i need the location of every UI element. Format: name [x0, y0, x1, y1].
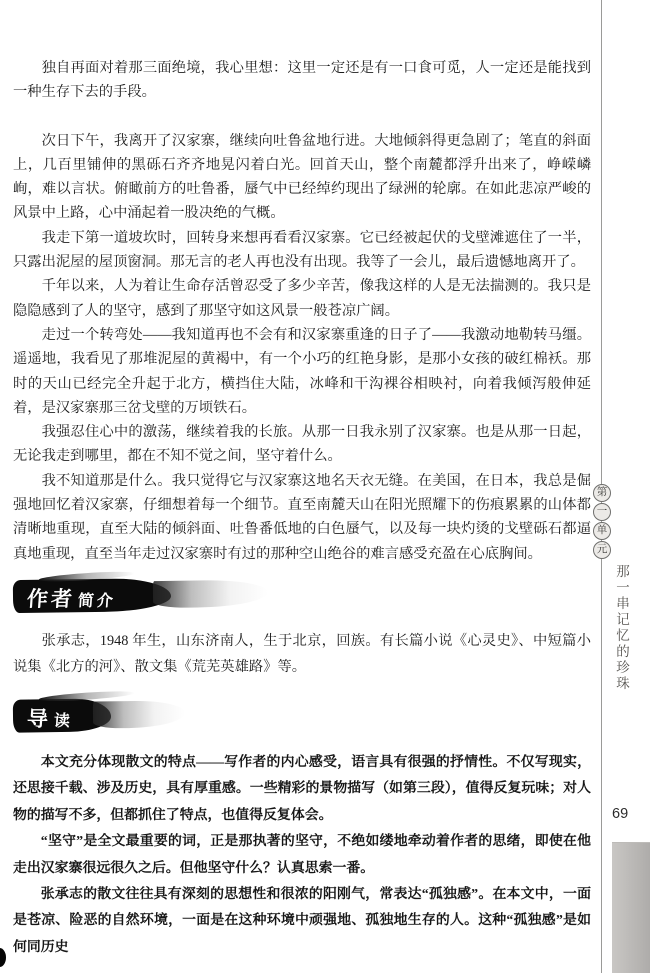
- guide-paragraph: 本文充分体现散文的特点——写作者的内心感受，语言具有很强的抒情性。不仅写现实，还…: [13, 750, 591, 829]
- unit-number-badges: 第 一 单 元: [593, 484, 611, 559]
- unit-badge-char: 元: [593, 541, 611, 559]
- banner-label-sub: 读: [53, 713, 73, 730]
- essay-paragraph: 独自再面对着那三面绝境，我心里想：这里一定还是有一口食可觅，人一定还是能找到一种…: [13, 56, 591, 105]
- reading-guide-banner: 导读: [13, 694, 591, 736]
- guide-paragraph: 张承志的散文往往具有深刻的思想性和很浓的阳刚气，常表达“孤独感”。在本文中，一面…: [13, 882, 591, 961]
- page-number: 69: [612, 806, 628, 822]
- essay-paragraph: 我不知道那是什么。我只觉得它与汉家寨这地名天衣无缝。在美国，在日本，我总是倔强地…: [13, 469, 591, 566]
- essay-body: 独自再面对着那三面绝境，我心里想：这里一定还是有一口食可觅，人一定还是能找到一种…: [13, 56, 591, 566]
- essay-paragraph: 次日下午，我离开了汉家寨，继续向吐鲁盆地行进。大地倾斜得更急剧了；笔直的斜面上，…: [13, 129, 591, 226]
- essay-paragraph: 我强忍住心中的激荡，继续着我的长旅。从那一日我永别了汉家寨。也是从那一日起，无论…: [13, 420, 591, 469]
- main-text-column: 独自再面对着那三面绝境，我心里想：这里一定还是有一口食可觅，人一定还是能找到一种…: [13, 56, 591, 961]
- unit-badge-char: 第: [593, 484, 611, 502]
- guide-paragraph: “坚守”是全文最重要的词，正是那执著的坚守，不绝如缕地牵动着作者的思绪，即使在他…: [13, 829, 591, 882]
- author-intro-banner: 作者简介: [13, 574, 591, 616]
- author-intro-banner-label: 作者简介: [26, 583, 117, 613]
- reading-guide-body: 本文充分体现散文的特点——写作者的内心感受，语言具有很强的抒情性。不仅写现实，还…: [13, 750, 591, 961]
- essay-paragraph: 走过一个转弯处——我知道再也不会有和汉家寨重逢的日子了——我激动地勒转马缰。遥遥…: [13, 323, 591, 420]
- unit-title-vertical: 那一串记忆的珍珠: [611, 564, 631, 692]
- banner-label-sub: 简介: [77, 593, 116, 610]
- banner-label-main: 作者: [26, 587, 76, 611]
- author-bio-text: 张承志，1948 年生，山东济南人，生于北京，回族。有长篇小说《心灵史》、中短篇…: [13, 628, 591, 680]
- corner-ink-mark: [0, 948, 6, 967]
- textbook-page: 独自再面对着那三面绝境，我心里想：这里一定还是有一口食可觅，人一定还是能找到一种…: [0, 0, 650, 973]
- banner-label-main: 导: [26, 707, 52, 731]
- essay-paragraph: 我走下第一道坡坎时，回转身来想再看看汉家寨。它已经被起伏的戈壁滩遮住了一半，只露…: [13, 226, 591, 275]
- reading-guide-banner-label: 导读: [26, 703, 74, 733]
- unit-badge-char: 一: [593, 503, 611, 521]
- page-edge-shadow: [612, 842, 650, 973]
- essay-paragraph: 千年以来，人为着让生命存活曾忍受了多少辛苦，像我这样的人是无法揣测的。我只是隐隐…: [13, 274, 591, 323]
- unit-badge-char: 单: [593, 522, 611, 540]
